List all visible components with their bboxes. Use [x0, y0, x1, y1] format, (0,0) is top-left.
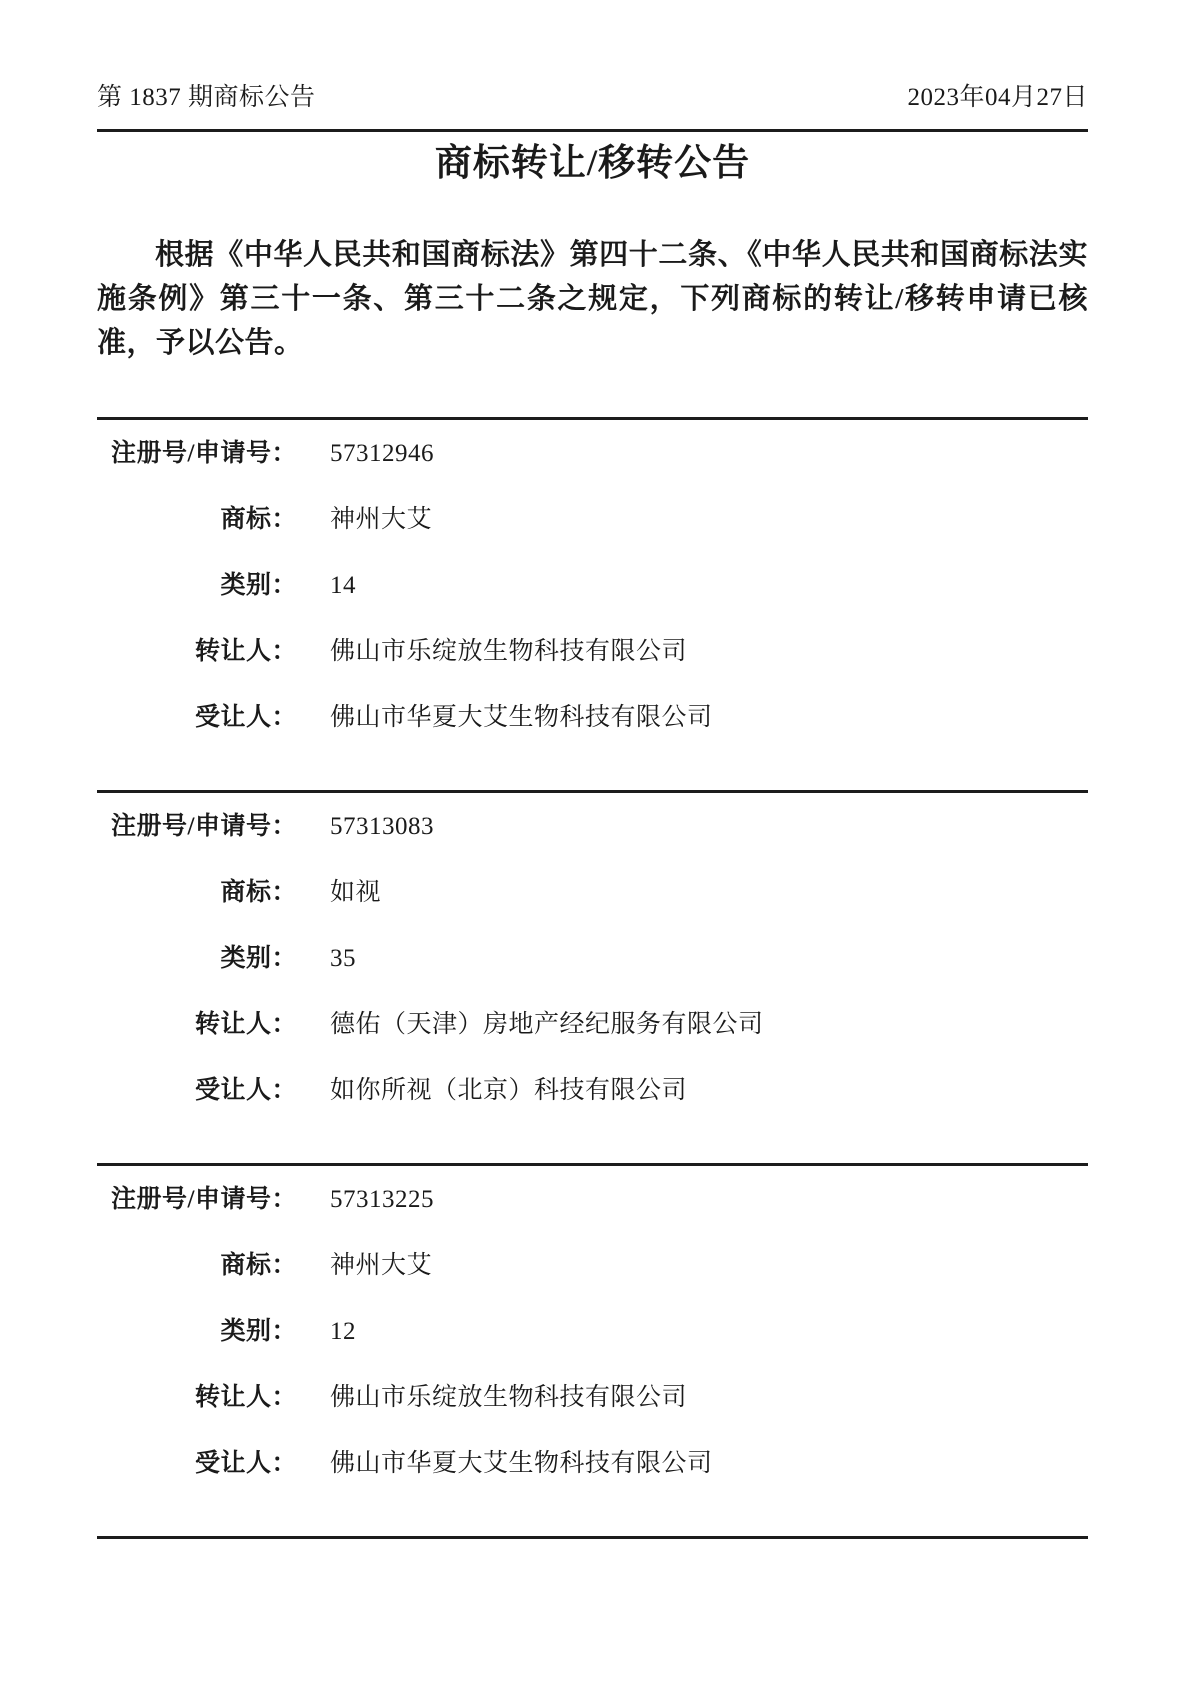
field-label-assignee: 受让人：	[97, 698, 297, 738]
trademark-record-3: 注册号/申请号： 57313225 商标： 神州大艾 类别： 12 转让人： 佛…	[97, 1163, 1088, 1536]
trademark-record-1: 注册号/申请号： 57312946 商标： 神州大艾 类别： 14 转让人： 佛…	[97, 417, 1088, 790]
field-row-trademark: 商标： 神州大艾	[97, 500, 1088, 540]
field-label-category: 类别：	[97, 939, 297, 979]
field-value-assignor: 佛山市乐绽放生物科技有限公司	[330, 1378, 1088, 1418]
field-row-trademark: 商标： 如视	[97, 873, 1088, 913]
field-value-assignee: 佛山市华夏大艾生物科技有限公司	[330, 1444, 1088, 1484]
field-value-category: 14	[330, 566, 1088, 606]
field-row-reg-no: 注册号/申请号： 57313083	[97, 807, 1088, 847]
field-value-category: 35	[330, 939, 1088, 979]
page-title: 商标转让/移转公告	[97, 141, 1088, 187]
field-label-category: 类别：	[97, 1312, 297, 1352]
field-label-trademark: 商标：	[97, 500, 297, 540]
bottom-divider	[97, 1536, 1088, 1539]
records-section: 注册号/申请号： 57312946 商标： 神州大艾 类别： 14 转让人： 佛…	[97, 417, 1088, 1539]
field-label-reg-no: 注册号/申请号：	[97, 434, 297, 474]
field-label-assignor: 转让人：	[97, 632, 297, 672]
field-value-assignor: 德佑（天津）房地产经纪服务有限公司	[330, 1005, 1088, 1045]
field-value-assignor: 佛山市乐绽放生物科技有限公司	[330, 632, 1088, 672]
field-value-reg-no: 57313083	[330, 807, 1088, 847]
field-row-assignor: 转让人： 佛山市乐绽放生物科技有限公司	[97, 632, 1088, 672]
issue-date: 2023年04月27日	[907, 83, 1088, 113]
field-label-assignee: 受让人：	[97, 1071, 297, 1111]
field-value-trademark: 如视	[330, 873, 1088, 913]
field-row-assignor: 转让人： 佛山市乐绽放生物科技有限公司	[97, 1378, 1088, 1418]
field-row-reg-no: 注册号/申请号： 57313225	[97, 1180, 1088, 1220]
field-row-assignee: 受让人： 佛山市华夏大艾生物科技有限公司	[97, 1444, 1088, 1484]
field-row-assignee: 受让人： 如你所视（北京）科技有限公司	[97, 1071, 1088, 1111]
issue-label: 第 1837 期商标公告	[97, 83, 316, 113]
trademark-record-2: 注册号/申请号： 57313083 商标： 如视 类别： 35 转让人： 德佑（…	[97, 790, 1088, 1163]
page-content: 第 1837 期商标公告 2023年04月27日 商标转让/移转公告 根据《中华…	[97, 0, 1088, 1539]
field-value-category: 12	[330, 1312, 1088, 1352]
field-label-assignor: 转让人：	[97, 1005, 297, 1045]
field-row-trademark: 商标： 神州大艾	[97, 1246, 1088, 1286]
field-value-assignee: 佛山市华夏大艾生物科技有限公司	[330, 698, 1088, 738]
field-row-assignor: 转让人： 德佑（天津）房地产经纪服务有限公司	[97, 1005, 1088, 1045]
field-value-reg-no: 57313225	[330, 1180, 1088, 1220]
header-divider	[97, 129, 1088, 132]
field-value-trademark: 神州大艾	[330, 500, 1088, 540]
field-label-reg-no: 注册号/申请号：	[97, 1180, 297, 1220]
field-value-assignee: 如你所视（北京）科技有限公司	[330, 1071, 1088, 1111]
field-row-category: 类别： 14	[97, 566, 1088, 606]
field-label-trademark: 商标：	[97, 1246, 297, 1286]
intro-paragraph: 根据《中华人民共和国商标法》第四十二条、《中华人民共和国商标法实施条例》第三十一…	[97, 233, 1088, 365]
page-header: 第 1837 期商标公告 2023年04月27日	[97, 83, 1088, 113]
field-value-reg-no: 57312946	[330, 434, 1088, 474]
field-row-category: 类别： 12	[97, 1312, 1088, 1352]
field-row-reg-no: 注册号/申请号： 57312946	[97, 434, 1088, 474]
field-label-trademark: 商标：	[97, 873, 297, 913]
field-row-category: 类别： 35	[97, 939, 1088, 979]
field-label-category: 类别：	[97, 566, 297, 606]
field-label-assignor: 转让人：	[97, 1378, 297, 1418]
field-value-trademark: 神州大艾	[330, 1246, 1088, 1286]
gazette-page: 第 1837 期商标公告 2023年04月27日 商标转让/移转公告 根据《中华…	[0, 0, 1190, 1698]
field-row-assignee: 受让人： 佛山市华夏大艾生物科技有限公司	[97, 698, 1088, 738]
field-label-assignee: 受让人：	[97, 1444, 297, 1484]
field-label-reg-no: 注册号/申请号：	[97, 807, 297, 847]
